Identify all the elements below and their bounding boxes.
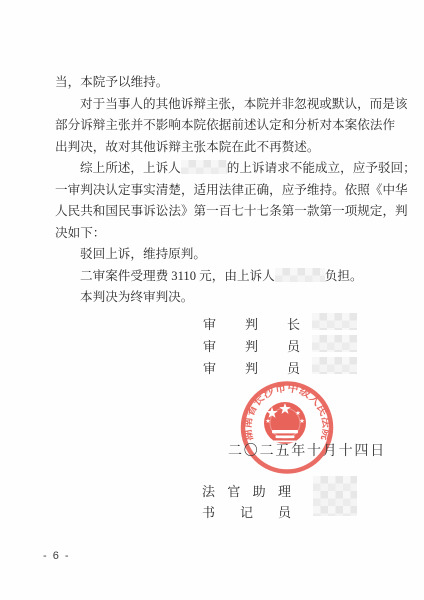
clerk-row: 法官助理 xyxy=(202,481,291,503)
body-line: 一审判决认定事实清楚，适用法律正确，应予维持。依照《中华 xyxy=(55,180,405,202)
judge-role-label: 审判员 xyxy=(203,336,300,358)
body-text-segment: 负担。 xyxy=(325,269,363,283)
indent-spacer xyxy=(55,300,80,301)
redacted-judge-name xyxy=(312,357,357,374)
body-line: 当，本院予以维持。 xyxy=(55,72,405,94)
body-text-segment: 一审判决认定事实清楚，适用法律正确，应予维持。依照《中华 xyxy=(55,183,408,197)
national-emblem-icon xyxy=(264,402,306,444)
judge-row: 审判长 xyxy=(203,314,300,336)
redacted-name xyxy=(181,160,227,174)
redacted-name xyxy=(275,268,325,282)
body-line: 决如下： xyxy=(55,223,405,245)
court-seal-stamp: 湖南省长沙市中级人民法院 xyxy=(240,381,334,475)
judge-row: 审判员 xyxy=(203,336,300,358)
body-text-segment: 二审案件受理费 3110 元，由上诉人 xyxy=(80,269,275,283)
judgment-page: 当，本院予以维持。对于当事人的其他诉辩主张，本院并非忽视或默认，而是该部分诉辩主… xyxy=(0,0,424,600)
body-text-segment: 对于当事人的其他诉辩主张，本院并非忽视或默认，而是该 xyxy=(80,97,407,111)
body-line: 出判决，故对其他诉辩主张本院在此不再赘述。 xyxy=(55,137,405,159)
indent-spacer xyxy=(55,279,80,280)
body-line: 人民共和国民事诉讼法》第一百七十七条第一款第一项规定，判 xyxy=(55,201,405,223)
clerk-role-label: 法官助理 xyxy=(202,481,291,503)
redacted-judge-name xyxy=(312,313,357,330)
indent-spacer xyxy=(55,257,80,258)
body-text-segment: 决如下： xyxy=(55,226,105,240)
body-text: 当，本院予以维持。对于当事人的其他诉辩主张，本院并非忽视或默认，而是该部分诉辩主… xyxy=(55,72,405,309)
body-text-segment: 的上诉请求不能成立，应予驳回； xyxy=(227,161,416,175)
clerk-role-label: 书记员 xyxy=(202,502,291,524)
body-line: 驳回上诉，维持原判。 xyxy=(55,244,405,266)
body-text-segment: 部分诉辩主张并不影响本院依据前述认定和分析对本案依法作 xyxy=(55,118,395,132)
redacted-judge-name xyxy=(312,335,357,352)
judge-role-label: 审判员 xyxy=(203,358,300,380)
page-number: - 6 - xyxy=(43,550,70,562)
body-text-segment: 本判决为终审判决。 xyxy=(80,290,193,304)
body-line: 综上所述，上诉人的上诉请求不能成立，应予驳回； xyxy=(55,158,405,180)
clerk-row: 书记员 xyxy=(202,502,291,524)
body-line: 对于当事人的其他诉辩主张，本院并非忽视或默认，而是该 xyxy=(55,94,405,116)
body-text-segment: 综上所述，上诉人 xyxy=(80,161,181,175)
body-text-segment: 当，本院予以维持。 xyxy=(55,75,168,89)
body-line: 部分诉辩主张并不影响本院依据前述认定和分析对本案依法作 xyxy=(55,115,405,137)
judgment-date: 二〇二五年十月十四日 xyxy=(228,440,386,460)
redacted-clerk-names xyxy=(313,476,357,516)
body-line: 本判决为终审判决。 xyxy=(55,287,405,309)
body-text-segment: 出判决，故对其他诉辩主张本院在此不再赘述。 xyxy=(55,140,319,154)
body-text-segment: 人民共和国民事诉讼法》第一百七十七条第一款第一项规定，判 xyxy=(55,204,408,218)
body-line: 二审案件受理费 3110 元，由上诉人负担。 xyxy=(55,266,405,288)
judge-role-label: 审判长 xyxy=(203,314,300,336)
indent-spacer xyxy=(55,171,80,172)
indent-spacer xyxy=(55,107,80,108)
body-text-segment: 驳回上诉，维持原判。 xyxy=(80,247,206,261)
judge-row: 审判员 xyxy=(203,358,300,380)
